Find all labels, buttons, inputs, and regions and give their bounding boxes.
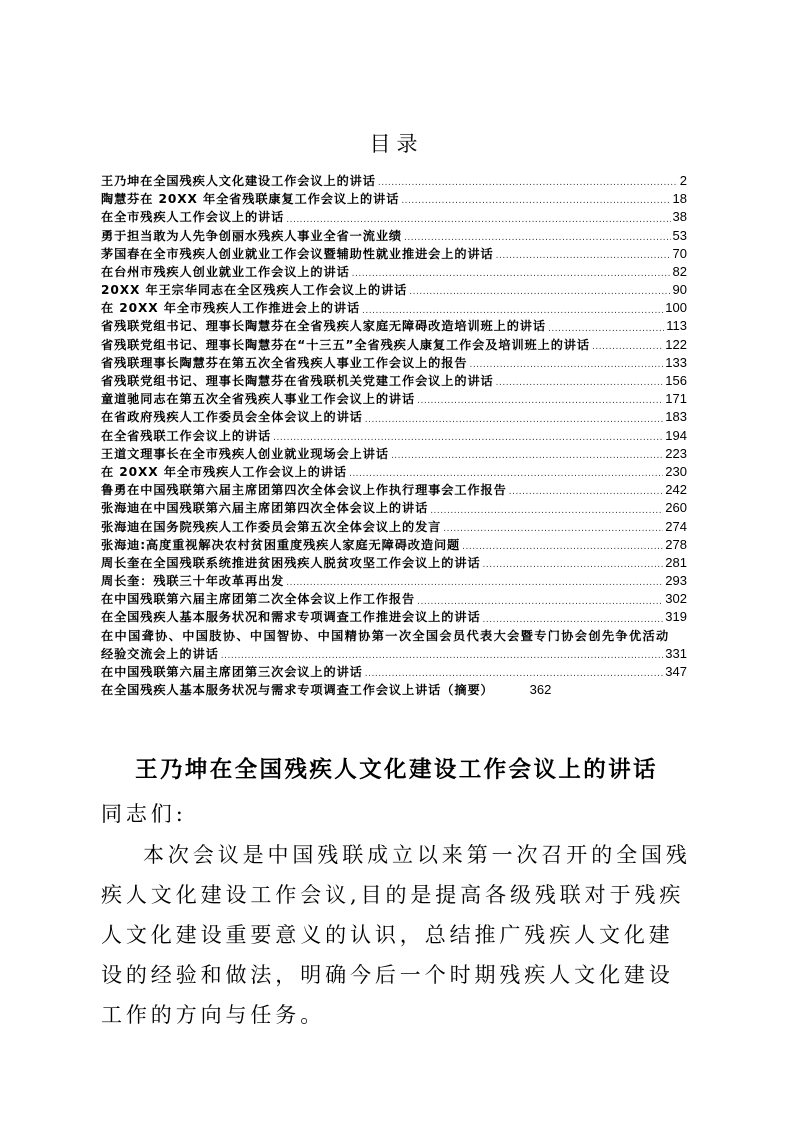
toc-entry-title: 张海迪在国务院残疾人工作委员会第五次全体会议上的发言: [101, 518, 441, 536]
toc-entry-page: 70: [673, 245, 687, 263]
dot-leader: [430, 504, 663, 518]
toc-entry-page: 183: [665, 408, 687, 426]
toc-entry-title: 王道文理事长在全市残疾人创业就业现场会上讲话: [101, 445, 389, 463]
toc-entry[interactable]: 在全国残疾人基本服务状况和需求专项调查工作推进会议上的讲话319: [101, 609, 687, 627]
toc-entry-page: 194: [665, 427, 687, 445]
dot-leader: [496, 376, 664, 390]
toc-entry[interactable]: 在省政府残疾人工作委员会全体会议上的讲话183: [101, 408, 687, 426]
toc-entry[interactable]: 王乃坤在全国残疾人文化建设工作会议上的讲话2: [101, 172, 687, 190]
toc-entry[interactable]: 茅国春在全市残疾人创业就业工作会议暨辅助性就业推进会上的讲话70: [101, 245, 687, 263]
toc-entry[interactable]: 张海迪在中国残联第六届主席团第四次全体会议上的讲话260: [101, 499, 687, 517]
dot-leader: [417, 595, 663, 609]
toc-entry-page: 171: [665, 390, 687, 408]
toc-entry-title: 张海迪:高度重视解决农村贫困重度残疾人家庭无障碍改造问题: [101, 536, 460, 554]
toc-entry-title: 陶慧芬在 20XX 年全省残联康复工作会议上的讲话: [101, 190, 399, 208]
toc-entry-page: 2: [680, 172, 687, 190]
toc-entry-title: 经验交流会上的讲话: [101, 645, 219, 663]
dot-leader: [483, 558, 664, 572]
toc-entry-page: 100: [665, 299, 687, 317]
dot-leader: [496, 249, 671, 263]
dot-leader: [462, 540, 663, 554]
dot-leader: [221, 649, 664, 663]
toc-entry[interactable]: 在 20XX 年全市残疾人工作推进会上的讲话100: [101, 299, 687, 317]
dot-leader: [404, 231, 671, 245]
toc-entry-page: 53: [673, 227, 687, 245]
dot-leader: [417, 394, 663, 408]
toc-entry-title: 鲁勇在中国残联第六届主席团第四次全体会议上作执行理事会工作报告: [101, 481, 507, 499]
dot-leader: [401, 194, 670, 208]
toc-entry[interactable]: 童道驰同志在第五次全省残疾人事业工作会议上的讲话171: [101, 390, 687, 408]
toc-entry-page: 113: [666, 317, 687, 335]
toc-entry[interactable]: 省残联党组书记、理事长陶慧芬在全省残疾人家庭无障碍改造培训班上的讲话113: [101, 318, 687, 336]
toc-entry[interactable]: 省残联理事长陶慧芬在第五次全省残疾人事业工作会议上的报告133: [101, 354, 687, 372]
toc-entry[interactable]: 张海迪:高度重视解决农村贫困重度残疾人家庭无障碍改造问题278: [101, 536, 687, 554]
toc-entry-title: 在中国残联第六届主席团第二次全体会议上作工作报告: [101, 590, 415, 608]
article-title: 王乃坤在全国残疾人文化建设工作会议上的讲话: [0, 752, 793, 784]
toc-entry[interactable]: 在中国残联第六届主席团第二次全体会议上作工作报告302: [101, 590, 687, 608]
dot-leader: [365, 413, 664, 427]
toc-entry-page: 38: [673, 208, 687, 226]
toc-entry-page: 319: [665, 608, 687, 626]
toc-entry-title: 在全国残疾人基本服务状况和需求专项调查工作推进会议上的讲话: [101, 608, 481, 626]
toc-entry-title: 周长奎：残联三十年改革再出发: [101, 572, 284, 590]
toc-entry-title: 20XX 年王宗华同志在全区残疾人工作会议上的讲话: [101, 281, 407, 299]
toc-entry-page: 293: [665, 572, 687, 590]
toc-entry[interactable]: 在全市残疾人工作会议上的讲话38: [101, 208, 687, 226]
dot-leader: [352, 267, 671, 281]
dot-leader: [592, 340, 663, 354]
dot-leader: [286, 213, 670, 227]
toc-entry-title: 王乃坤在全国残疾人文化建设工作会议上的讲话: [101, 172, 376, 190]
dot-leader: [349, 467, 663, 481]
toc-entry-title: 张海迪在中国残联第六届主席团第四次全体会议上的讲话: [101, 499, 428, 517]
toc-entry-title: 在中国聋协、中国肢协、中国智协、中国精协第一次全国会员代表大会暨专门协会创先争优…: [101, 627, 670, 645]
toc-entry[interactable]: 鲁勇在中国残联第六届主席团第四次全体会议上作执行理事会工作报告242: [101, 481, 687, 499]
dot-leader: [378, 176, 678, 190]
toc-entry-page: 274: [665, 518, 687, 536]
toc-entry[interactable]: 在全国残疾人基本服务状况与需求专项调查工作会议上讲话（摘要）362: [101, 681, 687, 699]
toc-entry-page: 281: [665, 554, 687, 572]
toc-entry[interactable]: 周长奎在全国残联系统推进贫困残疾人脱贫攻坚工作会议上的讲话281: [101, 554, 687, 572]
toc-entry-title: 在全市残疾人工作会议上的讲话: [101, 208, 284, 226]
toc-entry[interactable]: 在台州市残疾人创业就业工作会议上的讲话82: [101, 263, 687, 281]
toc-entry[interactable]: 王道文理事长在全市残疾人创业就业现场会上讲话223: [101, 445, 687, 463]
dot-leader: [286, 576, 663, 590]
toc-entry-page: 82: [673, 263, 687, 281]
toc-entry-title: 省残联理事长陶慧芬在第五次全省残疾人事业工作会议上的报告: [101, 354, 467, 372]
greeting: 同志们:: [101, 794, 691, 834]
table-of-contents: 王乃坤在全国残疾人文化建设工作会议上的讲话2 陶慧芬在 20XX 年全省残联康复…: [101, 172, 687, 699]
toc-entry[interactable]: 陶慧芬在 20XX 年全省残联康复工作会议上的讲话18: [101, 190, 687, 208]
dot-leader: [483, 613, 664, 627]
toc-entry-page: 347: [665, 663, 687, 681]
toc-entry-title: 茅国春在全市残疾人创业就业工作会议暨辅助性就业推进会上的讲话: [101, 245, 494, 263]
toc-entry-title: 勇于担当敢为人先争创丽水残疾人事业全省一流业绩: [101, 227, 402, 245]
toc-entry-page: 260: [665, 499, 687, 517]
toc-entry-title: 童道驰同志在第五次全省残疾人事业工作会议上的讲话: [101, 390, 415, 408]
toc-entry-title: 在全国残疾人基本服务状况与需求专项调查工作会议上讲话（摘要）: [101, 681, 494, 699]
dot-leader: [509, 485, 664, 499]
toc-entry-page: 230: [665, 463, 687, 481]
toc-entry-page: 156: [665, 372, 687, 390]
dot-leader: [391, 449, 663, 463]
toc-entry-page: 122: [665, 336, 687, 354]
toc-entry-page: 302: [665, 590, 687, 608]
toc-entry[interactable]: 在 20XX 年全市残疾人工作会议上的讲话230: [101, 463, 687, 481]
toc-entry-title: 在省政府残疾人工作委员会全体会议上的讲话: [101, 408, 363, 426]
dot-leader: [409, 285, 670, 299]
dot-leader: [273, 431, 663, 445]
toc-entry-line2[interactable]: 经验交流会上的讲话331: [101, 645, 687, 663]
toc-entry[interactable]: 省残联党组书记、理事长陶慧芬在“十三五”全省残疾人康复工作会及培训班上的讲话12…: [101, 336, 687, 354]
toc-entry[interactable]: 20XX 年王宗华同志在全区残疾人工作会议上的讲话90: [101, 281, 687, 299]
toc-entry-page: 133: [665, 354, 687, 372]
toc-entry-page: 242: [665, 481, 687, 499]
toc-entry-page: 90: [673, 281, 687, 299]
toc-entry-title: 省残联党组书记、理事长陶慧芬在全省残疾人家庭无障碍改造培训班上的讲话: [101, 317, 546, 335]
toc-entry[interactable]: 在中国残联第六届主席团第三次会议上的讲话347: [101, 663, 687, 681]
dot-leader: [362, 304, 663, 318]
article-body: 同志们: 本次会议是中国残联成立以来第一次召开的全国残疾人文化建设工作会议,目的…: [101, 794, 691, 1035]
toc-entry-title: 省残联党组书记、理事长陶慧芬在“十三五”全省残疾人康复工作会及培训班上的讲话: [101, 336, 590, 354]
toc-entry-page: 331: [665, 645, 687, 663]
toc-entry[interactable]: 勇于担当敢为人先争创丽水残疾人事业全省一流业绩53: [101, 227, 687, 245]
toc-entry-line1[interactable]: 在中国聋协、中国肢协、中国智协、中国精协第一次全国会员代表大会暨专门协会创先争优…: [101, 627, 687, 645]
dot-leader: [548, 322, 664, 336]
toc-entry-title: 省残联党组书记、理事长陶慧芬在省残联机关党建工作会议上的讲话: [101, 372, 494, 390]
toc-entry-title: 周长奎在全国残联系统推进贫困残疾人脱贫攻坚工作会议上的讲话: [101, 554, 481, 572]
toc-entry-page: 278: [665, 536, 687, 554]
toc-entry-page: 223: [665, 445, 687, 463]
toc-entry-title: 在 20XX 年全市残疾人工作推进会上的讲话: [101, 299, 360, 317]
toc-entry[interactable]: 张海迪在国务院残疾人工作委员会第五次全体会议上的发言274: [101, 518, 687, 536]
dot-leader: [365, 667, 664, 681]
toc-entry[interactable]: 在全省残联工作会议上的讲话194: [101, 427, 687, 445]
paragraph: 本次会议是中国残联成立以来第一次召开的全国残疾人文化建设工作会议,目的是提高各级…: [101, 835, 691, 1035]
toc-entry-title: 在全省残联工作会议上的讲话: [101, 427, 271, 445]
toc-entry-page: 362: [530, 681, 552, 699]
toc-entry-title: 在台州市残疾人创业就业工作会议上的讲话: [101, 263, 350, 281]
toc-entry[interactable]: 省残联党组书记、理事长陶慧芬在省残联机关党建工作会议上的讲话156: [101, 372, 687, 390]
toc-title: 目录: [0, 128, 793, 158]
dot-leader: [443, 522, 663, 536]
toc-entry[interactable]: 周长奎：残联三十年改革再出发293: [101, 572, 687, 590]
toc-entry-title: 在 20XX 年全市残疾人工作会议上的讲话: [101, 463, 347, 481]
toc-entry-title: 在中国残联第六届主席团第三次会议上的讲话: [101, 663, 363, 681]
toc-entry-page: 18: [673, 190, 687, 208]
dot-leader: [469, 358, 663, 372]
